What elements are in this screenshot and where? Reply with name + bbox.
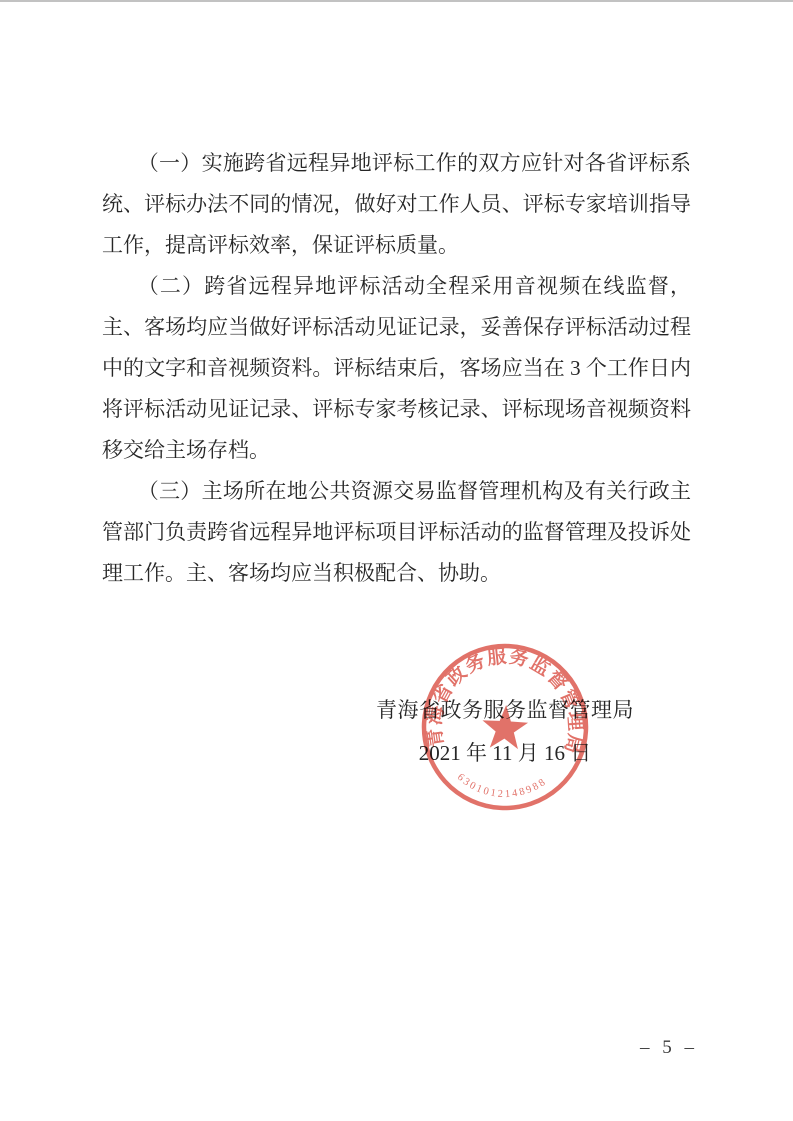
signature-org-name: 青海省政务服务监督管理局: [355, 698, 655, 723]
scan-edge-line: [0, 0, 793, 2]
page-number: – 5 –: [640, 1037, 698, 1059]
paragraph-2: （二）跨省远程异地评标活动全程采用音视频在线监督，主、客场均应当做好评标活动见证…: [102, 266, 691, 471]
document-body: （一）实施跨省远程异地评标工作的双方应针对各省评标系统、评标办法不同的情况，做好…: [102, 143, 691, 594]
signature-block: 青海省政务服务监督管理局 2021 年 11 月 16 日: [355, 698, 655, 766]
document-page: （一）实施跨省远程异地评标工作的双方应针对各省评标系统、评标办法不同的情况，做好…: [0, 0, 793, 1121]
signature-date: 2021 年 11 月 16 日: [355, 741, 655, 766]
paragraph-3: （三）主场所在地公共资源交易监督管理机构及有关行政主管部门负责跨省远程异地评标项…: [102, 471, 691, 594]
paragraph-1: （一）实施跨省远程异地评标工作的双方应针对各省评标系统、评标办法不同的情况，做好…: [102, 143, 691, 266]
seal-code-number: 6301012148988: [454, 771, 550, 802]
